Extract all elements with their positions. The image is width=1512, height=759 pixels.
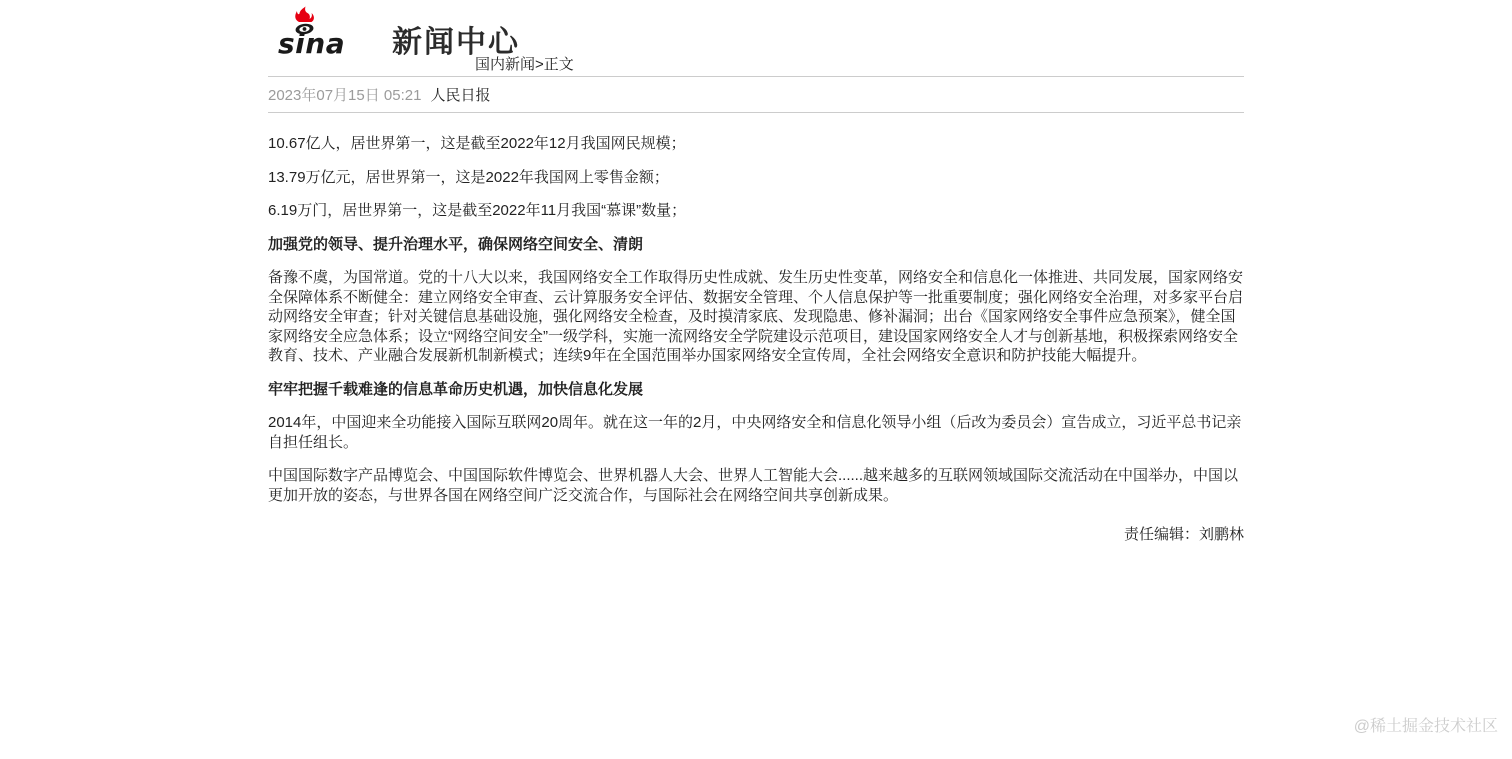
header: sina 新闻中心 国内新闻>正文 [268,0,1244,77]
paragraph: 备豫不虞，为国常道。党的十八大以来，我国网络安全工作取得历史性成就、发生历史性变… [268,268,1244,366]
article-body: 10.67亿人，居世界第一，这是截至2022年12月我国网民规模； 13.79万… [268,113,1244,545]
source-name[interactable]: 人民日报 [430,84,490,105]
editor-credit: 责任编辑：刘鹏林 [268,525,1244,545]
paragraph: 10.67亿人，居世界第一，这是截至2022年12月我国网民规模； [268,134,1244,154]
paragraph: 2014年，中国迎来全功能接入国际互联网20周年。就在这一年的2月，中央网络安全… [268,413,1244,452]
section-heading: 加强党的领导、提升治理水平，确保网络空间安全、清朗 [268,235,1244,255]
watermark: @稀土掘金技术社区 [1354,713,1498,736]
news-article-page: sina 新闻中心 国内新闻>正文 2023年07月15日 05:21 人民日报… [0,0,1512,759]
flame-shape [295,7,314,23]
section-heading: 牢牢把握千载难逢的信息革命历史机遇，加快信息化发展 [268,380,1244,400]
sina-eye-flame-icon: sina [278,6,386,61]
content-column: sina 新闻中心 国内新闻>正文 2023年07月15日 05:21 人民日报… [268,0,1244,545]
publish-date: 2023年07月15日 05:21 [268,84,421,105]
paragraph: 6.19万门，居世界第一，这是截至2022年11月我国“慕课”数量； [268,201,1244,221]
breadcrumb[interactable]: 国内新闻>正文 [475,53,574,74]
sina-wordmark: sina [278,27,345,56]
paragraph: 中国国际数字产品博览会、中国国际软件博览会、世界机器人大会、世界人工智能大会..… [268,466,1244,505]
article-meta: 2023年07月15日 05:21 人民日报 [268,77,1244,113]
paragraph: 13.79万亿元，居世界第一，这是2022年我国网上零售金额； [268,168,1244,188]
